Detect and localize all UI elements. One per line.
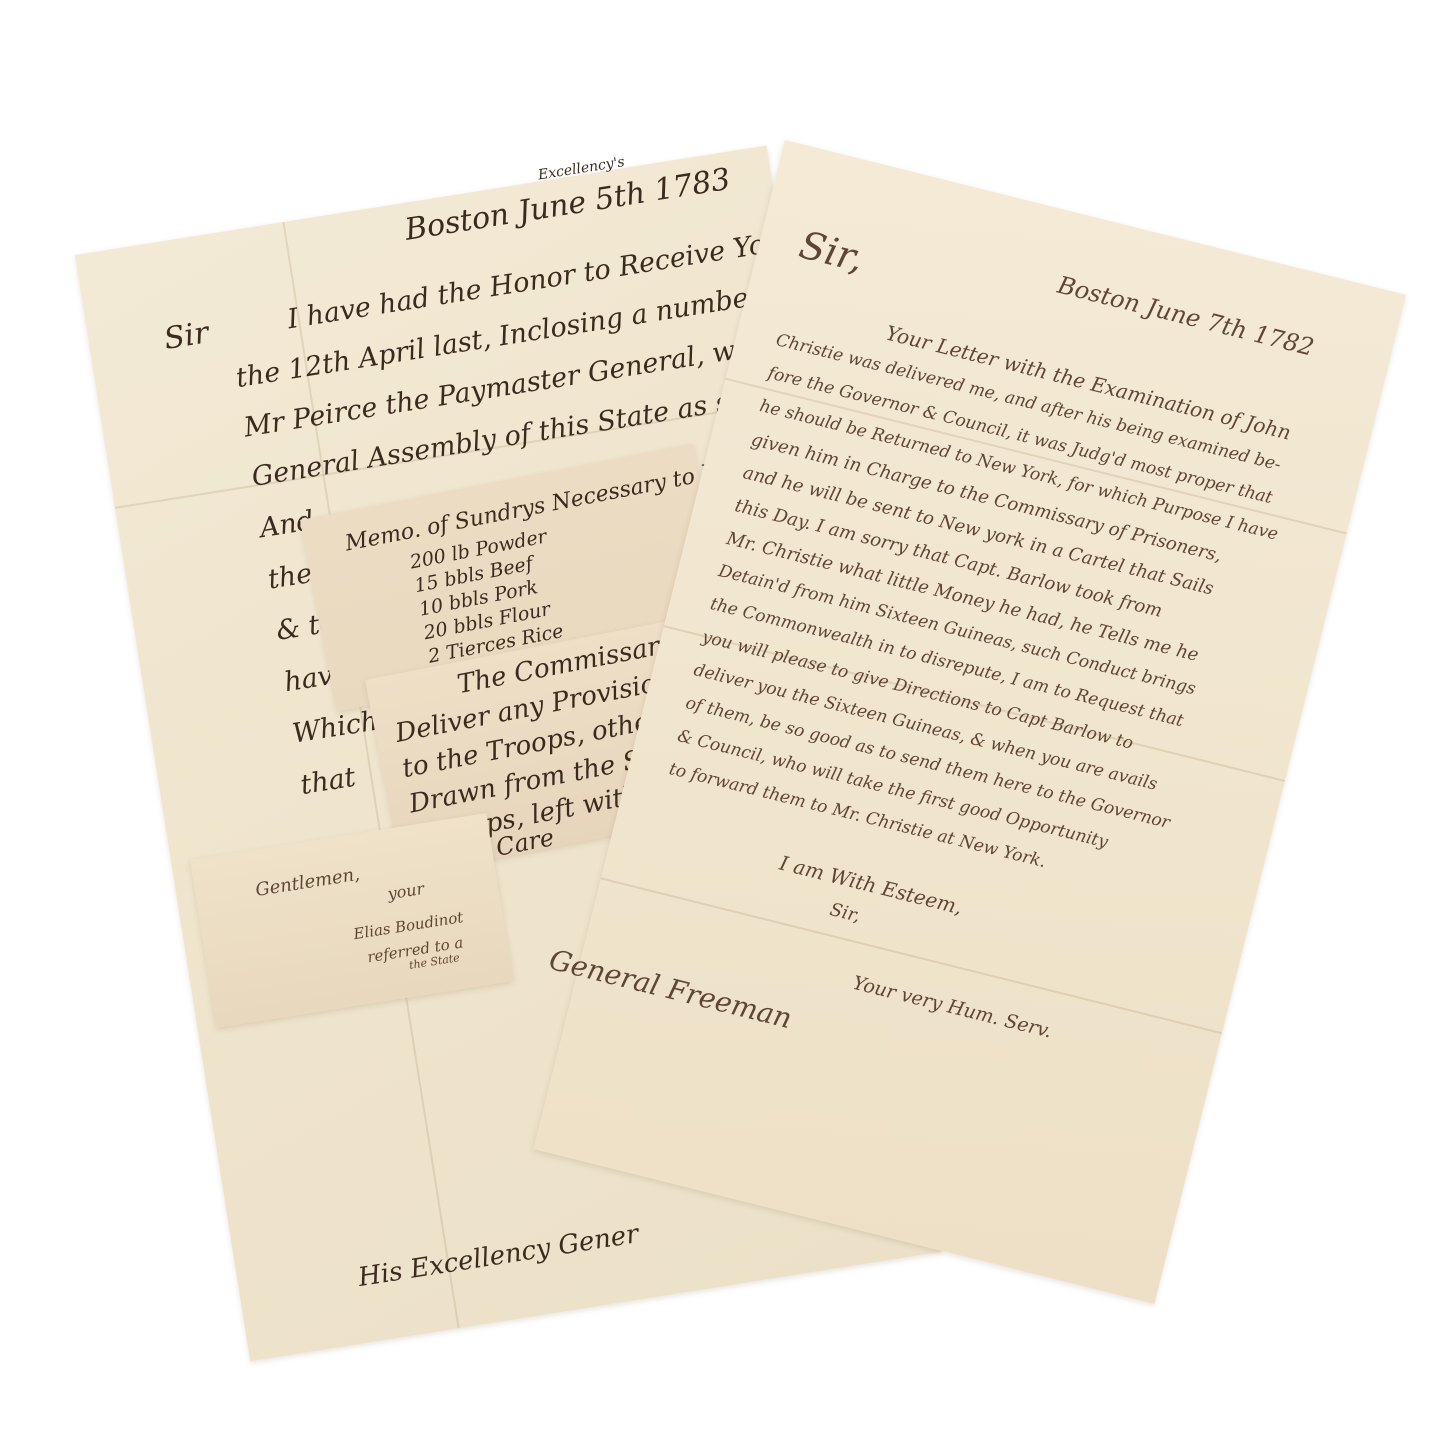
addressee: General Freeman	[546, 943, 795, 1035]
slip-salutation: Gentlemen,	[254, 864, 361, 901]
address-line: His Excellency Gener	[356, 1219, 640, 1293]
letter-body: Your Letter with the Examination of John…	[785, 140, 1406, 295]
closing-line: Sir,	[828, 899, 863, 927]
salutation: Sir,	[795, 222, 868, 280]
body-line: that	[298, 762, 357, 801]
closing-line: I am With Esteem,	[777, 851, 965, 920]
slip-line: your	[386, 879, 425, 903]
dateline: Boston June 7th 1782	[1055, 271, 1317, 362]
closing: I am With Esteem, Sir, Your very Hum. Se…	[785, 140, 1406, 295]
salutation: Sir	[162, 315, 211, 357]
